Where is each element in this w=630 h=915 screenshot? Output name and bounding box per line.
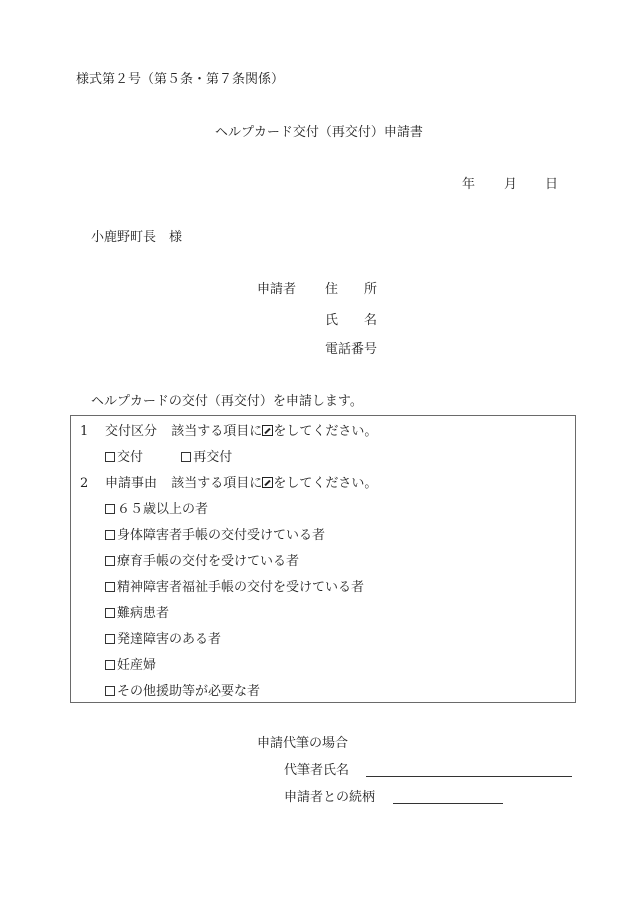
section1-number: 1 — [80, 424, 105, 440]
application-statement: ヘルプカードの交付（再交付）を申請します。 — [91, 394, 363, 410]
address-label: 住 所 — [325, 282, 377, 298]
writer-name-field[interactable] — [366, 776, 572, 777]
section2-heading: 申請事由 — [105, 476, 157, 491]
checkbox-icon[interactable] — [105, 686, 115, 696]
checked-box-icon — [262, 425, 273, 436]
checked-box-icon — [262, 477, 273, 488]
checkbox-icon[interactable] — [105, 530, 115, 540]
section2-instruction-pre: 該当する項目に — [171, 476, 262, 491]
option-saikofu[interactable]: 再交付 — [181, 450, 232, 465]
section1-header: 1交付区分 該当する項目にをしてください。 — [80, 424, 377, 440]
section1-heading: 交付区分 — [105, 424, 157, 439]
phone-label: 電話番号 — [325, 342, 377, 358]
relationship-field[interactable] — [393, 803, 503, 804]
checkbox-icon[interactable] — [105, 452, 115, 462]
addressee: 小鹿野町長 様 — [91, 230, 182, 246]
checkbox-icon[interactable] — [105, 556, 115, 566]
reason-option[interactable]: 妊産婦 — [105, 658, 156, 674]
reason-option[interactable]: ６５歳以上の者 — [105, 502, 208, 518]
name-label: 氏 名 — [325, 313, 377, 329]
date-month: 月 — [504, 177, 517, 193]
writer-name-label: 代筆者氏名 — [284, 763, 349, 779]
reason-option[interactable]: 精神障害者福祉手帳の交付を受けている者 — [105, 580, 364, 596]
section1-instruction-pre: 該当する項目に — [171, 424, 262, 439]
reason-option[interactable]: 難病患者 — [105, 606, 169, 622]
checkbox-icon[interactable] — [105, 608, 115, 618]
checkbox-icon[interactable] — [181, 452, 191, 462]
checkbox-icon[interactable] — [105, 582, 115, 592]
section2-number: 2 — [80, 476, 105, 492]
date-year: 年 — [462, 177, 475, 193]
proxy-heading: 申請代筆の場合 — [257, 736, 348, 752]
checkbox-icon[interactable] — [105, 660, 115, 670]
form-number: 様式第２号（第５条・第７条関係） — [76, 72, 284, 88]
document-title: ヘルプカード交付（再交付）申請書 — [215, 125, 423, 141]
date-day: 日 — [545, 177, 558, 193]
checkbox-icon[interactable] — [105, 504, 115, 514]
checkbox-icon[interactable] — [105, 634, 115, 644]
section2-header: 2申請事由 該当する項目にをしてください。 — [80, 476, 377, 492]
reason-option[interactable]: 発達障害のある者 — [105, 632, 221, 648]
reason-option[interactable]: 療育手帳の交付を受けている者 — [105, 554, 299, 570]
applicant-label: 申請者 — [257, 282, 296, 298]
section2-instruction-post: をしてください。 — [273, 476, 377, 491]
option-kofu[interactable]: 交付 — [105, 450, 143, 465]
reason-option[interactable]: 身体障害者手帳の交付受けている者 — [105, 528, 325, 544]
application-details-box: 1交付区分 該当する項目にをしてください。 交付 再交付 2申請事由 該当する項… — [70, 415, 576, 703]
relationship-label: 申請者との続柄 — [284, 790, 375, 806]
section1-instruction-post: をしてください。 — [273, 424, 377, 439]
reason-option[interactable]: その他援助等が必要な者 — [105, 684, 260, 700]
